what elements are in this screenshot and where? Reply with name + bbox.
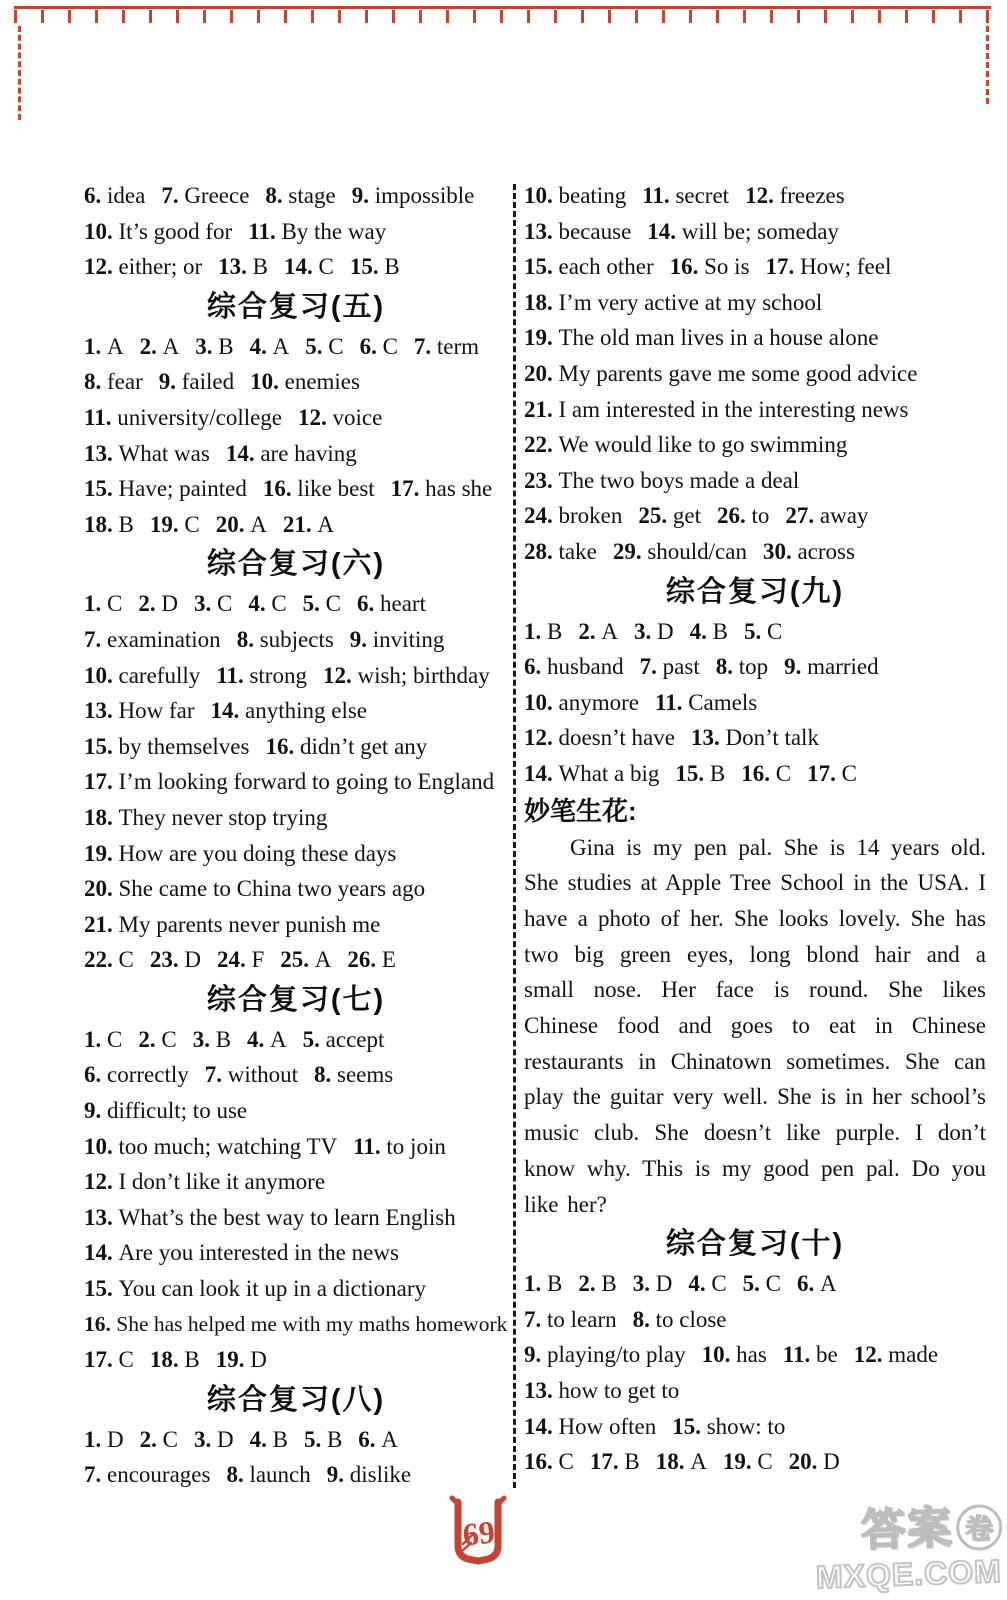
answer-text: to xyxy=(746,503,770,528)
answer-number: 6. xyxy=(360,334,377,359)
answer-number: 18. xyxy=(656,1449,685,1474)
answer-number: 8. xyxy=(633,1307,650,1332)
answer-item: 10. carefully xyxy=(84,658,200,694)
answer-item: 2. B xyxy=(578,1266,616,1302)
answer-number: 4. xyxy=(690,619,707,644)
answer-text: What a big xyxy=(553,761,660,786)
answer-item: 8. seems xyxy=(314,1057,393,1093)
answer-item: 1. C xyxy=(84,586,122,622)
answer-text: B xyxy=(179,1347,200,1372)
answer-text: voice xyxy=(327,405,383,430)
answer-item: 6. C xyxy=(360,329,398,365)
answer-text: didn’t get any xyxy=(294,734,427,759)
answer-item: 15. show: to xyxy=(672,1409,785,1445)
answer-number: 11. xyxy=(642,183,669,208)
answer-number: 13. xyxy=(524,219,553,244)
answer-item: 18. B xyxy=(150,1342,200,1378)
answer-line: 24. broken25. get26. to27. away xyxy=(524,498,986,534)
answer-number: 19. xyxy=(723,1449,752,1474)
answer-item: 24. broken xyxy=(524,498,622,534)
answer-text: We would like to go swimming xyxy=(553,432,848,457)
answer-text: C xyxy=(770,761,791,786)
answer-item: 16. didn’t get any xyxy=(265,729,427,765)
answer-number: 12. xyxy=(84,1169,113,1194)
answer-item: 11. By the way xyxy=(248,214,386,250)
answer-text: How; feel xyxy=(794,254,891,279)
answer-text: away xyxy=(814,503,868,528)
answer-number: 16. xyxy=(265,734,294,759)
answer-number: 15. xyxy=(672,1414,701,1439)
answer-item: 17. I’m looking forward to going to Engl… xyxy=(84,764,494,800)
answer-item: 20. My parents gave me some good advice xyxy=(524,356,917,392)
answer-item: 4. C xyxy=(688,1266,726,1302)
answer-item: 17. How; feel xyxy=(766,249,892,285)
answer-line: 14. Are you interested in the news xyxy=(84,1235,508,1271)
answer-number: 5. xyxy=(304,1427,321,1452)
answer-number: 17. xyxy=(84,1347,113,1372)
answer-text: A xyxy=(596,619,618,644)
answer-item: 12. made xyxy=(854,1337,938,1373)
answer-text: How often xyxy=(553,1414,656,1439)
answer-line: 12. either; or13. B14. C15. B xyxy=(84,249,508,285)
answer-number: 3. xyxy=(195,334,212,359)
answer-item: 18. A xyxy=(656,1444,707,1480)
answer-number: 1. xyxy=(524,619,541,644)
answer-line: 18. B19. C20. A21. A xyxy=(84,507,508,543)
answer-item: 2. C xyxy=(140,1422,178,1458)
answer-item: 11. secret xyxy=(642,178,729,214)
answer-text: C xyxy=(322,334,343,359)
answer-text: D xyxy=(244,1347,266,1372)
answer-number: 9. xyxy=(350,627,367,652)
answer-number: 16. xyxy=(263,476,292,501)
answer-line: 7. encourages8. launch9. dislike xyxy=(84,1457,508,1493)
answer-line: 10. beating11. secret12. freezes xyxy=(524,178,986,214)
answer-text: It’s good for xyxy=(113,219,232,244)
answer-number: 6. xyxy=(797,1271,814,1296)
answer-text: Greece xyxy=(179,183,250,208)
answer-text: How are you doing these days xyxy=(113,841,397,866)
answer-item: 14. will be; someday xyxy=(647,214,839,250)
section-header: 综合复习(十) xyxy=(524,1222,986,1266)
section-header: 综合复习(六) xyxy=(84,542,508,586)
answer-line: 1. D2. C3. D4. B5. B6. A xyxy=(84,1422,508,1458)
answer-number: 6. xyxy=(524,654,541,679)
answer-number: 9. xyxy=(84,1098,101,1123)
answer-text: get xyxy=(667,503,701,528)
answer-number: 10. xyxy=(84,1134,113,1159)
answer-number: 18. xyxy=(524,290,553,315)
answer-number: 7. xyxy=(205,1062,222,1087)
answer-item: 15. by themselves xyxy=(84,729,249,765)
answer-number: 10. xyxy=(250,369,279,394)
answer-item: 25. A xyxy=(280,942,331,978)
answer-text: inviting xyxy=(367,627,444,652)
answer-item: 11. be xyxy=(783,1337,838,1373)
answer-item: 1. B xyxy=(524,614,562,650)
answer-item: 2. A xyxy=(578,614,618,650)
answer-number: 14. xyxy=(524,761,553,786)
answer-text: C xyxy=(553,1449,574,1474)
answer-item: 11. Camels xyxy=(655,685,757,721)
answer-text: B xyxy=(267,1427,288,1452)
answer-number: 12. xyxy=(524,725,553,750)
answer-item: 10. enemies xyxy=(250,364,360,400)
answer-number: 15. xyxy=(84,1276,113,1301)
answer-number: 20. xyxy=(84,876,113,901)
answer-number: 14. xyxy=(84,1240,113,1265)
answer-text: B xyxy=(619,1449,640,1474)
answer-text: are having xyxy=(255,441,357,466)
answer-number: 14. xyxy=(211,698,240,723)
answer-number: 21. xyxy=(283,512,312,537)
answer-number: 25. xyxy=(638,503,667,528)
answer-line: 16. She has helped me with my maths home… xyxy=(84,1307,508,1343)
answer-number: 7. xyxy=(524,1307,541,1332)
answer-item: 7. past xyxy=(640,649,700,685)
answer-number: 7. xyxy=(414,334,431,359)
answer-text: anything else xyxy=(239,698,367,723)
answer-number: 5. xyxy=(303,1027,320,1052)
answer-number: 14. xyxy=(226,441,255,466)
answer-text: will be; someday xyxy=(676,219,839,244)
answer-item: 16. She has helped me with my maths home… xyxy=(84,1307,507,1343)
answer-line: 7. examination8. subjects9. inviting xyxy=(84,622,508,658)
answer-text: top xyxy=(733,654,768,679)
answer-text: B xyxy=(113,512,134,537)
answer-item: 12. doesn’t have xyxy=(524,720,675,756)
watermark-brand-row: 答案 卷 xyxy=(812,1503,1004,1558)
answer-number: 21. xyxy=(84,912,113,937)
answer-number: 1. xyxy=(84,591,101,616)
answer-item: 6. heart xyxy=(357,586,426,622)
answer-item: 8. stage xyxy=(265,178,335,214)
answer-number: 9. xyxy=(327,1462,344,1487)
answer-number: 12. xyxy=(298,405,327,430)
answer-number: 3. xyxy=(194,591,211,616)
answer-number: 4. xyxy=(247,1027,264,1052)
answer-item: 9. inviting xyxy=(350,622,445,658)
answer-number: 8. xyxy=(226,1462,243,1487)
answer-text: A xyxy=(267,334,289,359)
answer-item: 14. How often xyxy=(524,1409,656,1445)
answer-text: secret xyxy=(670,183,729,208)
answer-item: 18. I’m very active at my school xyxy=(524,285,822,321)
watermark-circle-icon: 卷 xyxy=(955,1504,1003,1552)
answer-item: 19. The old man lives in a house alone xyxy=(524,320,879,356)
answer-text: accept xyxy=(320,1027,384,1052)
answer-line: 1. C2. D3. C4. C5. C6. heart xyxy=(84,586,508,622)
answer-number: 16. xyxy=(84,1312,111,1336)
answer-item: 7. to learn xyxy=(524,1302,617,1338)
answer-item: 11. to join xyxy=(353,1129,446,1165)
answer-text: B xyxy=(247,254,268,279)
answer-number: 4. xyxy=(248,591,265,616)
answer-text: D xyxy=(650,1271,672,1296)
answer-line: 1. B2. A3. D4. B5. C xyxy=(524,614,986,650)
answer-item: 6. A xyxy=(358,1422,398,1458)
answer-number: 10. xyxy=(84,663,113,688)
answer-line: 10. too much; watching TV11. to join xyxy=(84,1129,508,1165)
answer-number: 9. xyxy=(784,654,801,679)
answer-line: 13. What was14. are having xyxy=(84,436,508,472)
answer-line: 17. C18. B19. D xyxy=(84,1342,508,1378)
answer-item: 18. B xyxy=(84,507,134,543)
answer-text: Have; painted xyxy=(113,476,247,501)
answer-text: university/college xyxy=(111,405,282,430)
answer-text: C xyxy=(101,591,122,616)
answer-text: They never stop trying xyxy=(113,805,328,830)
answer-number: 1. xyxy=(84,334,101,359)
column-divider xyxy=(513,184,516,1488)
answer-text: By the way xyxy=(276,219,387,244)
answer-text: C xyxy=(760,1271,781,1296)
answer-text: A xyxy=(309,947,331,972)
answer-line: 19. How are you doing these days xyxy=(84,836,508,872)
answer-line: 16. C17. B18. A19. C20. D xyxy=(524,1444,986,1480)
answer-item: 4. A xyxy=(250,329,290,365)
answer-item: 3. D xyxy=(633,1266,673,1302)
answer-text: each other xyxy=(553,254,654,279)
section-header: 综合复习(八) xyxy=(84,1378,508,1422)
answer-number: 24. xyxy=(217,947,246,972)
answer-line: 21. My parents never punish me xyxy=(84,907,508,943)
answer-line: 28. take29. should/can30. across xyxy=(524,534,986,570)
answer-text: I’m very active at my school xyxy=(553,290,823,315)
answer-text: to join xyxy=(381,1134,446,1159)
answer-item: 7. term xyxy=(414,329,479,365)
answer-text: So is xyxy=(698,254,749,279)
answer-number: 28. xyxy=(524,539,553,564)
answer-item: 21. I am interested in the interesting n… xyxy=(524,392,909,428)
answer-line: 1. B2. B3. D4. C5. C6. A xyxy=(524,1266,986,1302)
answer-number: 14. xyxy=(284,254,313,279)
answer-line: 6. idea7. Greece8. stage9. impossible xyxy=(84,178,508,214)
answer-text: C xyxy=(101,1027,122,1052)
answer-text: like best xyxy=(292,476,375,501)
answer-item: 6. A xyxy=(797,1266,837,1302)
answer-text: across xyxy=(792,539,855,564)
answer-line: 13. How far14. anything else xyxy=(84,693,508,729)
answer-item: 20. A xyxy=(216,507,267,543)
answer-number: 22. xyxy=(84,947,113,972)
answer-item: 10. It’s good for xyxy=(84,214,232,250)
answer-item: 1. B xyxy=(524,1266,562,1302)
answer-item: 10. has xyxy=(702,1337,767,1373)
answer-number: 12. xyxy=(854,1342,883,1367)
answer-text: C xyxy=(113,1347,134,1372)
answer-text: husband xyxy=(541,654,623,679)
answer-item: 3. D xyxy=(194,1422,234,1458)
answer-text: C xyxy=(761,619,782,644)
answer-item: 12. voice xyxy=(298,400,382,436)
answer-item: 6. correctly xyxy=(84,1057,189,1093)
tear-line-top xyxy=(14,6,991,9)
answer-line: 14. How often15. show: to xyxy=(524,1409,986,1445)
answer-line: 13. how to get to xyxy=(524,1373,986,1409)
answer-item: 22. C xyxy=(84,942,134,978)
answer-number: 10. xyxy=(524,690,553,715)
answer-number: 2. xyxy=(578,619,595,644)
answer-line: 22. C23. D24. F25. A26. E xyxy=(84,942,508,978)
answer-item: 14. C xyxy=(284,249,334,285)
answer-number: 13. xyxy=(218,254,247,279)
answer-number: 3. xyxy=(634,619,651,644)
answer-number: 13. xyxy=(524,1378,553,1403)
answer-sheet-page: 6. idea7. Greece8. stage9. impossible10.… xyxy=(0,0,1007,1600)
answer-text: C xyxy=(706,1271,727,1296)
answer-text: B xyxy=(321,1427,342,1452)
answer-text: be xyxy=(810,1342,837,1367)
answer-line: 20. She came to China two years ago xyxy=(84,871,508,907)
answer-number: 16. xyxy=(670,254,699,279)
answer-line: 18. I’m very active at my school xyxy=(524,285,986,321)
answer-text: She has helped me with my maths homework xyxy=(111,1312,508,1336)
answer-number: 15. xyxy=(675,761,704,786)
answer-number: 16. xyxy=(524,1449,553,1474)
answer-number: 19. xyxy=(524,325,553,350)
answer-line: 9. playing/to play10. has11. be12. made xyxy=(524,1337,986,1373)
answer-item: 5. C xyxy=(744,614,782,650)
answer-line: 6. husband7. past8. top9. married xyxy=(524,649,986,685)
answer-number: 19. xyxy=(84,841,113,866)
answer-line: 21. I am interested in the interesting n… xyxy=(524,392,986,428)
answer-text: You can look it up in a dictionary xyxy=(113,1276,426,1301)
answer-text: I am interested in the interesting news xyxy=(553,397,909,422)
answer-item: 11. strong xyxy=(216,658,307,694)
answer-number: 16. xyxy=(741,761,770,786)
answer-number: 24. xyxy=(524,503,553,528)
answer-number: 11. xyxy=(655,690,682,715)
answer-text: encourages xyxy=(101,1462,210,1487)
answer-item: 18. They never stop trying xyxy=(84,800,327,836)
answer-item: 14. Are you interested in the news xyxy=(84,1235,399,1271)
answer-number: 30. xyxy=(763,539,792,564)
answer-number: 26. xyxy=(717,503,746,528)
answer-text: seems xyxy=(331,1062,393,1087)
answer-text: enemies xyxy=(279,369,360,394)
answer-number: 20. xyxy=(524,361,553,386)
answer-number: 8. xyxy=(237,627,254,652)
answer-text: A xyxy=(157,334,179,359)
answer-item: 15. B xyxy=(350,249,400,285)
answer-number: 15. xyxy=(84,734,113,759)
answer-text: A xyxy=(312,512,334,537)
answer-item: 15. B xyxy=(675,756,725,792)
answer-text: B xyxy=(541,619,562,644)
answer-number: 26. xyxy=(347,947,376,972)
answer-number: 4. xyxy=(688,1271,705,1296)
answer-number: 1. xyxy=(84,1027,101,1052)
answer-number: 12. xyxy=(323,663,352,688)
answer-text: impossible xyxy=(369,183,474,208)
answer-line: 6. correctly7. without8. seems xyxy=(84,1057,508,1093)
answer-number: 15. xyxy=(84,476,113,501)
essay-label: 妙笔生花: xyxy=(524,792,986,830)
answer-number: 23. xyxy=(150,947,179,972)
answer-number: 6. xyxy=(358,1427,375,1452)
answer-number: 18. xyxy=(84,512,113,537)
answer-number: 4. xyxy=(250,1427,267,1452)
answer-text: B xyxy=(210,1027,231,1052)
tear-dashes-left xyxy=(18,26,21,120)
answer-line: 15. You can look it up in a dictionary xyxy=(84,1271,508,1307)
answer-item: 28. take xyxy=(524,534,597,570)
answer-item: 3. B xyxy=(195,329,233,365)
answer-item: 23. D xyxy=(150,942,201,978)
answer-text: She came to China two years ago xyxy=(113,876,425,901)
answer-text: has xyxy=(730,1342,766,1367)
answer-number: 3. xyxy=(193,1027,210,1052)
answer-text: C xyxy=(313,254,334,279)
answer-number: 5. xyxy=(305,334,322,359)
answer-item: 17. C xyxy=(807,756,857,792)
answer-text: failed xyxy=(176,369,234,394)
answer-number: 3. xyxy=(633,1271,650,1296)
answer-text: because xyxy=(553,219,632,244)
answer-text: difficult; to use xyxy=(101,1098,247,1123)
answer-text: correctly xyxy=(101,1062,188,1087)
answer-number: 13. xyxy=(84,698,113,723)
answer-text: D xyxy=(211,1427,233,1452)
answer-number: 17. xyxy=(807,761,836,786)
answer-number: 11. xyxy=(248,219,275,244)
answer-text: B xyxy=(596,1271,617,1296)
answer-number: 6. xyxy=(84,183,101,208)
watermark-brand: 答案 xyxy=(860,1504,954,1555)
answer-item: 19. C xyxy=(150,507,200,543)
answer-item: 21. A xyxy=(283,507,334,543)
tear-dashes-right xyxy=(986,26,989,104)
answer-item: 17. has she xyxy=(391,471,493,507)
answer-text: subjects xyxy=(254,627,334,652)
answer-text: take xyxy=(553,539,597,564)
answer-line: 12. I don’t like it anymore xyxy=(84,1164,508,1200)
answer-number: 12. xyxy=(745,183,774,208)
answer-number: 8. xyxy=(265,183,282,208)
answer-text: should/can xyxy=(642,539,747,564)
answer-line: 23. The two boys made a deal xyxy=(524,463,986,499)
answer-item: 11. university/college xyxy=(84,400,282,436)
answer-text: past xyxy=(657,654,700,679)
answer-item: 4. C xyxy=(248,586,286,622)
answer-item: 13. What was xyxy=(84,436,210,472)
answer-number: 10. xyxy=(702,1342,731,1367)
answer-text: C xyxy=(377,334,398,359)
answer-number: 22. xyxy=(524,432,553,457)
answer-item: 26. to xyxy=(717,498,769,534)
answer-item: 2. A xyxy=(140,329,180,365)
answer-text: A xyxy=(244,512,266,537)
section-header: 综合复习(五) xyxy=(84,285,508,329)
answer-number: 5. xyxy=(303,591,320,616)
answer-item: 13. B xyxy=(218,249,268,285)
answer-item: 26. E xyxy=(347,942,396,978)
answer-item: 19. How are you doing these days xyxy=(84,836,396,872)
answer-text: My parents never punish me xyxy=(113,912,381,937)
answer-item: 4. B xyxy=(250,1422,288,1458)
answer-line: 12. doesn’t have13. Don’t talk xyxy=(524,720,986,756)
answer-line: 15. each other16. So is17. How; feel xyxy=(524,249,986,285)
answer-line: 10. It’s good for11. By the way xyxy=(84,214,508,250)
answer-item: 13. How far xyxy=(84,693,195,729)
answer-item: 12. freezes xyxy=(745,178,845,214)
answer-text: to learn xyxy=(541,1307,616,1332)
answer-number: 20. xyxy=(216,512,245,537)
answer-item: 23. The two boys made a deal xyxy=(524,463,799,499)
answer-item: 29. should/can xyxy=(613,534,747,570)
answer-item: 17. C xyxy=(84,1342,134,1378)
